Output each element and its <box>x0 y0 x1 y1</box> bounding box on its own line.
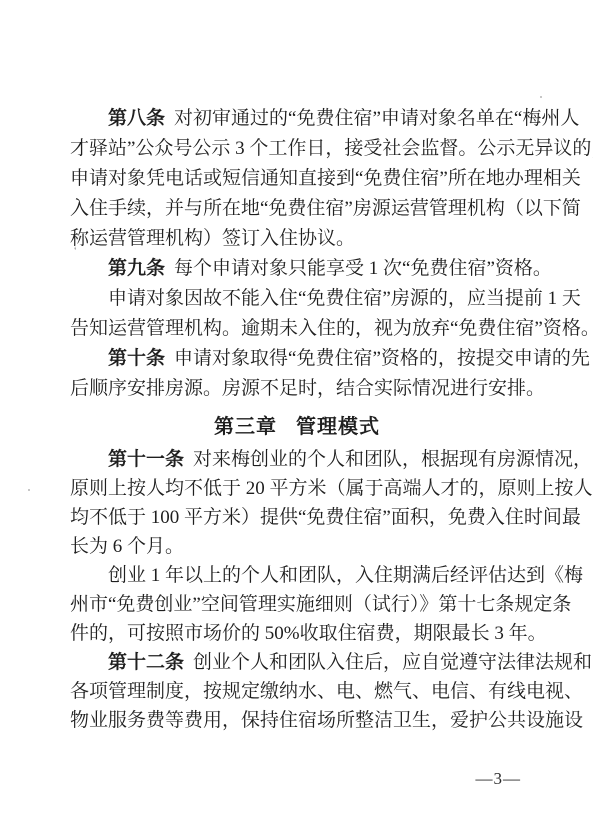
section-articles-8-10: 第八条对初审通过的“免费住宿”申请对象名单在“梅州人 才驿站”公众号公示 3 个… <box>70 104 524 404</box>
text-line: 第十二条创业个人和团队入住后，应自觉遵守法律法规和 <box>70 648 524 677</box>
line-text: 告知运营管理机构。逾期未入住的，视为放弃“免费住宿”资格。 <box>70 318 593 339</box>
article-number: 第十条 <box>108 348 165 369</box>
text-line: 原则上按人均不低于 20 平方米（属于高端人才的，原则上按人 <box>70 474 524 503</box>
scan-noise-dot <box>540 96 542 98</box>
line-text: 州市“免费创业”空间管理实施细则（试行）》第十七条规定条 <box>70 594 571 615</box>
document-page: ʻ 第八条对初审通过的“免费住宿”申请对象名单在“梅州人 才驿站”公众号公示 3… <box>0 0 593 830</box>
text-line: 各项管理制度，按规定缴纳水、电、燃气、电信、有线电视、 <box>70 677 524 706</box>
line-text: 每个申请对象只能享受 1 次“免费住宿”资格。 <box>174 258 552 279</box>
text-line: 告知运营管理机构。逾期未入住的，视为放弃“免费住宿”资格。 <box>70 314 524 344</box>
line-text: 入住手续，并与所在地“免费住宿”房源运营管理机构（以下简 <box>70 198 581 219</box>
line-text: 对来梅创业的个人和团队，根据现有房源情况， <box>193 449 592 470</box>
chapter-number: 第三章 <box>214 416 277 438</box>
text-line: 后顺序安排房源。房源不足时，结合实际情况进行安排。 <box>70 374 524 404</box>
chapter-title: 管理模式 <box>296 416 380 438</box>
line-text: 件的，可按照市场价的 50%收取住宿费，期限最长 3 年。 <box>70 623 547 644</box>
line-text: 后顺序安排房源。房源不足时，结合实际情况进行安排。 <box>70 378 545 399</box>
page-number: —3— <box>476 769 522 789</box>
line-text: 申请对象取得“免费住宿”资格的，按提交申请的先 <box>174 348 590 369</box>
line-text: 原则上按人均不低于 20 平方米（属于高端人才的，原则上按人 <box>70 478 593 499</box>
line-text: 长为 6 个月。 <box>70 536 184 557</box>
line-text: 称运营管理机构）签订入住协议。 <box>70 228 355 249</box>
line-text: 才驿站”公众号公示 3 个工作日，接受社会监督。公示无异议的， <box>70 138 593 159</box>
article-number: 第十一条 <box>108 449 184 470</box>
text-line: 创业 1 年以上的个人和团队，入住期满后经评估达到《梅 <box>70 561 524 590</box>
line-text: 申请对象因故不能入住“免费住宿”房源的，应当提前 1 天 <box>108 288 581 309</box>
text-line: 第九条每个申请对象只能享受 1 次“免费住宿”资格。 <box>70 254 524 284</box>
line-text: 均不低于 100 平方米）提供“免费住宿”面积，免费入住时间最 <box>70 507 581 528</box>
line-text: 创业个人和团队入住后，应自觉遵守法律法规和 <box>193 652 592 673</box>
text-line: 称运营管理机构）签订入住协议。 <box>70 224 524 254</box>
text-line: 才驿站”公众号公示 3 个工作日，接受社会监督。公示无异议的， <box>70 134 524 164</box>
chapter-heading: 第三章管理模式 <box>70 412 524 442</box>
section-articles-11-12: 第十一条对来梅创业的个人和团队，根据现有房源情况， 原则上按人均不低于 20 平… <box>70 445 524 735</box>
article-number: 第十二条 <box>108 652 184 673</box>
line-text: 各项管理制度，按规定缴纳水、电、燃气、电信、有线电视、 <box>70 681 583 702</box>
text-line: 均不低于 100 平方米）提供“免费住宿”面积，免费入住时间最 <box>70 503 524 532</box>
text-line: 入住手续，并与所在地“免费住宿”房源运营管理机构（以下简 <box>70 194 524 224</box>
text-line: 申请对象因故不能入住“免费住宿”房源的，应当提前 1 天 <box>70 284 524 314</box>
text-line: 申请对象凭电话或短信通知直接到“免费住宿”所在地办理相关 <box>70 164 524 194</box>
line-text: 申请对象凭电话或短信通知直接到“免费住宿”所在地办理相关 <box>70 168 581 189</box>
text-line: 第十条申请对象取得“免费住宿”资格的，按提交申请的先 <box>70 344 524 374</box>
text-line: 长为 6 个月。 <box>70 532 524 561</box>
text-line: 州市“免费创业”空间管理实施细则（试行）》第十七条规定条 <box>70 590 524 619</box>
line-text: 物业服务费等费用，保持住宿场所整洁卫生，爱护公共设施设 <box>70 710 583 731</box>
text-line: 第八条对初审通过的“免费住宿”申请对象名单在“梅州人 <box>70 104 524 134</box>
text-line: 物业服务费等费用，保持住宿场所整洁卫生，爱护公共设施设 <box>70 706 524 735</box>
article-number: 第八条 <box>108 108 165 129</box>
text-line: 件的，可按照市场价的 50%收取住宿费，期限最长 3 年。 <box>70 619 524 648</box>
scan-noise-dot <box>28 489 30 491</box>
article-number: 第九条 <box>108 258 165 279</box>
line-text: 对初审通过的“免费住宿”申请对象名单在“梅州人 <box>174 108 579 129</box>
document-body: 第八条对初审通过的“免费住宿”申请对象名单在“梅州人 才驿站”公众号公示 3 个… <box>70 104 524 735</box>
line-text: 创业 1 年以上的个人和团队，入住期满后经评估达到《梅 <box>108 565 583 586</box>
text-line: 第十一条对来梅创业的个人和团队，根据现有房源情况， <box>70 445 524 474</box>
